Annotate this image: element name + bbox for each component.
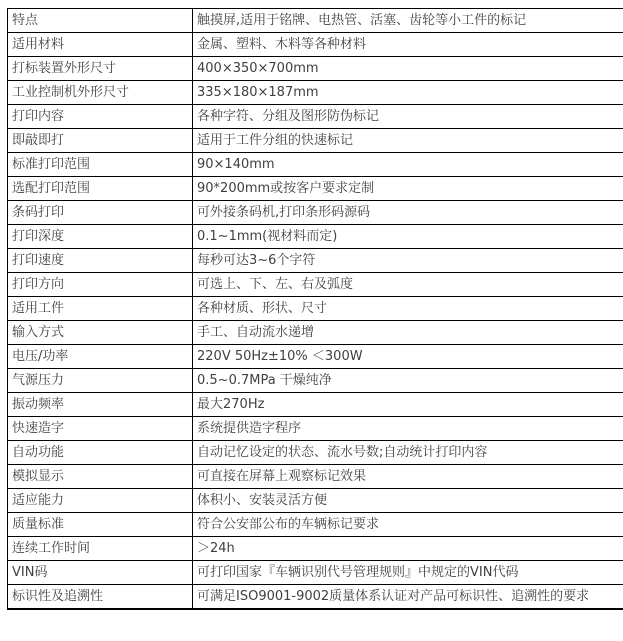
table-row: 适用材料 金属、塑料、木料等各种材料 (8, 33, 623, 57)
table-row: 适用工件 各种材质、形状、尺寸 (8, 297, 623, 321)
spec-label: 模拟显示 (8, 465, 193, 489)
table-row: 即敲即打 适用于工件分组的快速标记 (8, 129, 623, 153)
spec-label: 连续工作时间 (8, 537, 193, 561)
spec-value: 可满足ISO9001-9002质量体系认证对产品可标识性、追溯性的要求 (193, 585, 623, 610)
spec-label: 自动功能 (8, 441, 193, 465)
table-row: 电压/功率 220V 50Hz±10% ＜300W (8, 345, 623, 369)
spec-value: 335×180×187mm (193, 81, 623, 105)
spec-label: 打印内容 (8, 105, 193, 129)
spec-label: 打印深度 (8, 225, 193, 249)
spec-value: 符合公安部公布的车辆标记要求 (193, 513, 623, 537)
table-row: 适应能力 体积小、安装灵活方便 (8, 489, 623, 513)
spec-value: 适用于工件分组的快速标记 (193, 129, 623, 153)
spec-value: 体积小、安装灵活方便 (193, 489, 623, 513)
spec-label: 工业控制机外形尺寸 (8, 81, 193, 105)
spec-value: 可打印国家『车辆识别代号管理规则』中规定的VIN代码 (193, 561, 623, 585)
spec-value: 各种材质、形状、尺寸 (193, 297, 623, 321)
spec-label: 打印速度 (8, 249, 193, 273)
spec-page: 特点 触摸屏,适用于铭牌、电热管、活塞、齿轮等小工件的标记 适用材料 金属、塑料… (0, 0, 623, 641)
spec-value: ＞24h (193, 537, 623, 561)
spec-value: 手工、自动流水递增 (193, 321, 623, 345)
spec-label: 选配打印范围 (8, 177, 193, 201)
spec-label: 电压/功率 (8, 345, 193, 369)
spec-label: 输入方式 (8, 321, 193, 345)
spec-label: 适应能力 (8, 489, 193, 513)
spec-label: 即敲即打 (8, 129, 193, 153)
spec-value: 220V 50Hz±10% ＜300W (193, 345, 623, 369)
spec-label: 特点 (8, 9, 193, 33)
table-row: 工业控制机外形尺寸 335×180×187mm (8, 81, 623, 105)
table-row: 快速造字 系统提供造字程序 (8, 417, 623, 441)
spec-value: 触摸屏,适用于铭牌、电热管、活塞、齿轮等小工件的标记 (193, 9, 623, 33)
spec-value: 400×350×700mm (193, 57, 623, 81)
table-row: VIN码 可打印国家『车辆识别代号管理规则』中规定的VIN代码 (8, 561, 623, 585)
table-row: 特点 触摸屏,适用于铭牌、电热管、活塞、齿轮等小工件的标记 (8, 9, 623, 33)
spec-value: 90×140mm (193, 153, 623, 177)
table-row: 标准打印范围 90×140mm (8, 153, 623, 177)
table-row: 条码打印 可外接条码机,打印条形码源码 (8, 201, 623, 225)
table-row: 气源压力 0.5~0.7MPa 干燥纯净 (8, 369, 623, 393)
spec-value: 可外接条码机,打印条形码源码 (193, 201, 623, 225)
spec-label: 快速造字 (8, 417, 193, 441)
spec-value: 金属、塑料、木料等各种材料 (193, 33, 623, 57)
spec-value: 系统提供造字程序 (193, 417, 623, 441)
spec-label: 质量标准 (8, 513, 193, 537)
table-row: 模拟显示 可直接在屏幕上观察标记效果 (8, 465, 623, 489)
spec-value: 0.1~1mm(视材料而定) (193, 225, 623, 249)
spec-value: 可选上、下、左、右及弧度 (193, 273, 623, 297)
spec-value: 90*200mm或按客户要求定制 (193, 177, 623, 201)
spec-label: 振动频率 (8, 393, 193, 417)
spec-label: 打印方向 (8, 273, 193, 297)
table-row: 输入方式 手工、自动流水递增 (8, 321, 623, 345)
table-row: 自动功能 自动记忆设定的状态、流水号数;自动统计打印内容 (8, 441, 623, 465)
table-row: 选配打印范围 90*200mm或按客户要求定制 (8, 177, 623, 201)
table-row: 打印方向 可选上、下、左、右及弧度 (8, 273, 623, 297)
spec-value: 各种字符、分组及图形防伪标记 (193, 105, 623, 129)
spec-table: 特点 触摸屏,适用于铭牌、电热管、活塞、齿轮等小工件的标记 适用材料 金属、塑料… (7, 8, 623, 610)
spec-value: 每秒可达3~6个字符 (193, 249, 623, 273)
table-row: 打标装置外形尺寸 400×350×700mm (8, 57, 623, 81)
spec-value: 自动记忆设定的状态、流水号数;自动统计打印内容 (193, 441, 623, 465)
table-row: 标识性及追溯性 可满足ISO9001-9002质量体系认证对产品可标识性、追溯性… (8, 585, 623, 610)
table-row: 打印深度 0.1~1mm(视材料而定) (8, 225, 623, 249)
table-row: 连续工作时间 ＞24h (8, 537, 623, 561)
table-row: 振动频率 最大270Hz (8, 393, 623, 417)
spec-value: 可直接在屏幕上观察标记效果 (193, 465, 623, 489)
spec-label: 适用材料 (8, 33, 193, 57)
spec-label: 条码打印 (8, 201, 193, 225)
spec-table-body: 特点 触摸屏,适用于铭牌、电热管、活塞、齿轮等小工件的标记 适用材料 金属、塑料… (8, 9, 623, 610)
spec-label: VIN码 (8, 561, 193, 585)
spec-label: 适用工件 (8, 297, 193, 321)
table-row: 打印速度 每秒可达3~6个字符 (8, 249, 623, 273)
spec-label: 标识性及追溯性 (8, 585, 193, 610)
spec-value: 最大270Hz (193, 393, 623, 417)
spec-label: 打标装置外形尺寸 (8, 57, 193, 81)
spec-value: 0.5~0.7MPa 干燥纯净 (193, 369, 623, 393)
table-row: 质量标准 符合公安部公布的车辆标记要求 (8, 513, 623, 537)
spec-label: 气源压力 (8, 369, 193, 393)
spec-label: 标准打印范围 (8, 153, 193, 177)
table-row: 打印内容 各种字符、分组及图形防伪标记 (8, 105, 623, 129)
